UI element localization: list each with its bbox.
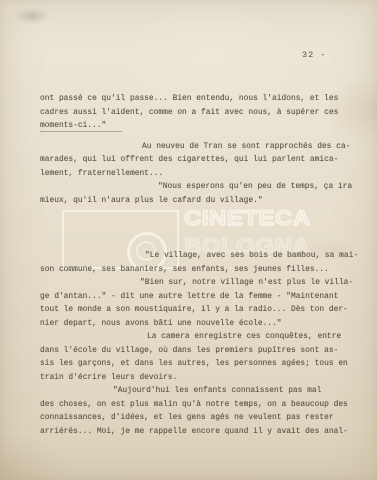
text-line: train d'écrire leurs devoirs. — [40, 371, 344, 385]
text-line: Au neuveu de Tran se sont rapprochés des… — [40, 140, 344, 154]
text-line: tout le monde a son moustiquaire, il y a… — [40, 303, 344, 317]
text-line: sis les garçons, et dans les autres, les… — [40, 357, 344, 371]
text-line: mieux, qu'il n'aura plus le cafard du vi… — [40, 194, 344, 208]
text-line: nier depart, nous avons bâti une nouvell… — [40, 317, 344, 331]
text-line: "Aujourd'hui les enfants connaissent pas… — [40, 384, 344, 398]
text-line: "Bien sur, notre village n'est plus le v… — [40, 276, 344, 290]
text-line: cadres aussi l'aident, comme on a fait a… — [40, 106, 344, 120]
text-line: "Le village, avec ses bois de bambou, sa… — [40, 249, 344, 263]
text-line: arriérés... Moi, je me rappelle encore q… — [40, 425, 344, 439]
text-line: "Nous esperons qu'en peu de temps, ça ir… — [40, 180, 344, 194]
text-line: ge d'antan..." - dit une autre lettre de… — [40, 290, 344, 304]
text-line: marades, qui lui offrent des cigarettes,… — [40, 153, 344, 167]
text-line: lement, fraternellement... — [40, 167, 344, 181]
text-line: moments-ci..." — [40, 119, 344, 133]
text-line: dans l'école du village, où dans les pre… — [40, 344, 344, 358]
text-line: des choses, on est plus malin qu'à notre… — [40, 398, 344, 412]
document-page: 32 - CINETECA BOLOGNA ont passé ce qu'il… — [0, 0, 377, 480]
text-line: connaissances, d'idées, et les gens agés… — [40, 411, 344, 425]
page-number: 32 - — [302, 50, 326, 60]
text-line: La camera enregistre ces conquêtes, entr… — [40, 330, 344, 344]
typewritten-text-block: ont passé ce qu'il passe... Bien entendu… — [40, 92, 344, 438]
text-line: son commune, ses bananiers, ses enfants,… — [40, 263, 344, 277]
text-line: ont passé ce qu'il passe... Bien entendu… — [40, 92, 344, 106]
